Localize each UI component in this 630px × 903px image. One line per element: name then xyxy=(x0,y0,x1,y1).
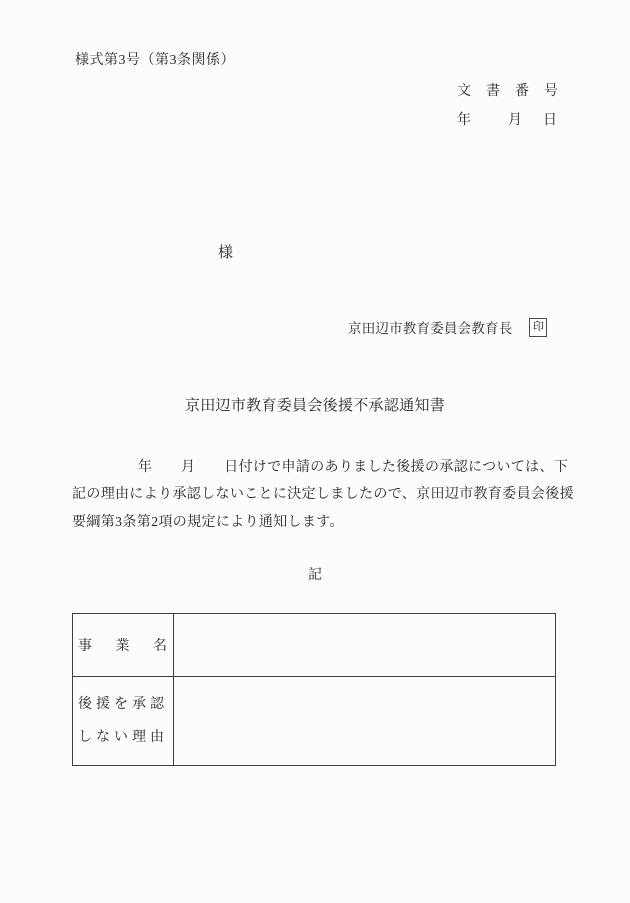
table-label-project-name: 事業名 xyxy=(78,635,167,655)
date-month-label: 月 xyxy=(508,109,522,129)
date-day-label: 日 xyxy=(543,109,557,129)
rejection-reason-value-cell xyxy=(173,676,555,765)
table-label-rejection-reason-line1: 後援を承認 xyxy=(78,688,167,721)
date-year-label: 年 xyxy=(457,109,471,129)
project-name-value-cell xyxy=(173,614,555,676)
record-marker: 記 xyxy=(0,564,630,584)
table-label-project-name-cell: 事業名 xyxy=(73,614,173,676)
date-blank-line: 年 月 日 xyxy=(457,109,557,129)
form-number-label: 様式第3号（第3条関係） xyxy=(75,49,235,69)
table-label-rejection-reason-cell: 後援を承認 しない理由 xyxy=(73,676,173,765)
table-label-rejection-reason-line2: しない理由 xyxy=(78,721,167,754)
sender-name: 京田辺市教育委員会教育長 xyxy=(348,317,512,337)
document-title: 京田辺市教育委員会後援不承認通知書 xyxy=(0,394,630,415)
document-page: 様式第3号（第3条関係） 文書番号 年 月 日 様 京田辺市教育委員会教育長 印… xyxy=(0,0,630,903)
sender-line: 京田辺市教育委員会教育長 印 xyxy=(348,317,547,337)
recipient-honorific: 様 xyxy=(218,241,233,262)
form-table: 事業名 後援を承認 しない理由 xyxy=(72,613,556,766)
document-number-label: 文書番号 xyxy=(457,80,573,100)
body-line-3: 要綱第3条第2項の規定により通知します。 xyxy=(72,509,566,536)
seal-placeholder-box: 印 xyxy=(529,318,547,337)
body-paragraph: 年 月 日付けで申請のありました後援の承認については、下 記の理由により承認しな… xyxy=(72,454,566,536)
body-line-1: 年 月 日付けで申請のありました後援の承認については、下 xyxy=(72,454,566,481)
body-line-2: 記の理由により承認しないことに決定しましたので、京田辺市教育委員会後援 xyxy=(72,481,566,508)
